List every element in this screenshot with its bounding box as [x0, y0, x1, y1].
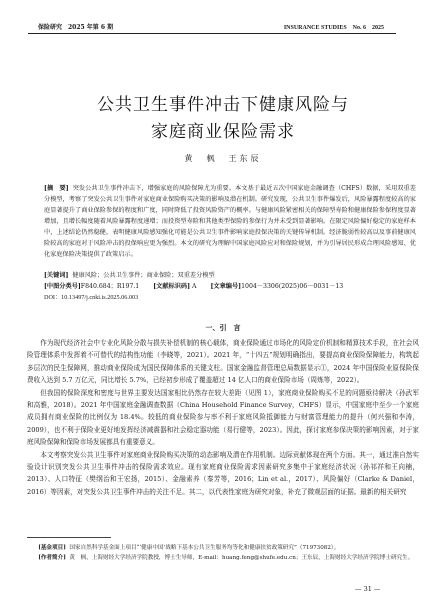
abstract-label: [摘 要]	[44, 185, 69, 192]
running-header: 保险研究 2025 年第 6 期 INSURANCE STUDIES No. 6…	[28, 20, 396, 34]
doc-code-value: A	[192, 283, 196, 290]
body-text: 作为现代经济社会中专业化风险分散与损失补偿机制的核心载体，商业保险通过市场化的风…	[27, 337, 419, 498]
fund-label: [基金项目]	[38, 545, 66, 551]
article-no-label: [文章编号]	[210, 283, 241, 290]
clc-label: [中图分类号]	[44, 283, 81, 290]
article-title-line-1: 公共卫生事件冲击下健康风险与	[0, 90, 446, 115]
footnotes: [基金项目] 国家自然科学基金面上项目“‘健康中国’战略下基本公共卫生服务均等化…	[27, 543, 419, 563]
journal-name-en: INSURANCE STUDIES No. 6 2025	[284, 22, 384, 31]
author-text: 黄 枫，上海财经大学经济学院教授，博士生导师，E-mail：huang.feng…	[69, 555, 413, 561]
clc-value: F840.684；R197.1	[81, 283, 139, 290]
keywords-label: [关键词]	[44, 272, 68, 279]
author-note: [作者简介] 黄 枫，上海财经大学经济学院教授，博士生导师，E-mail：hua…	[27, 553, 419, 563]
fund-note: [基金项目] 国家自然科学基金面上项目“‘健康中国’战略下基本公共卫生服务均等化…	[27, 543, 419, 553]
abstract: [摘 要] 突发公共卫生事件冲击下，增强家庭的风险保障尤为重要。本文基于最近五次…	[44, 183, 416, 260]
fund-text: 国家自然科学基金面上项目“‘健康中国’战略下基本公共卫生服务均等化和健康扶贫政策…	[69, 545, 339, 551]
journal-name-cn: 保险研究 2025 年第 6 期	[38, 22, 113, 31]
paragraph: 本文考察突发公共卫生事件对家庭商业保险购买决策的动态影响及潜在作用机制。边际贡献…	[27, 449, 419, 499]
page-number: — 31 —	[355, 585, 380, 593]
section-heading-introduction: 一、引 言	[0, 323, 446, 333]
article-no-value: 1004－3306(2025)06－0031－13	[241, 283, 343, 290]
paragraph: 作为现代经济社会中专业化风险分散与损失补偿机制的核心载体，商业保险通过市场化的风…	[27, 337, 419, 387]
article-title-line-2: 家庭商业保险需求	[0, 117, 446, 142]
paragraph: 但我国的保险深度和密度与世界主要发达国家相比仍然存在较大差距（见图 1），家庭商…	[27, 387, 419, 449]
authors: 黄 枫 王东辰	[0, 153, 446, 164]
doc-code-label: [文献标识码]	[153, 283, 190, 290]
author-label: [作者简介]	[38, 555, 66, 561]
footnote-divider	[27, 537, 111, 538]
abstract-text: 突发公共卫生事件冲击下，增强家庭的风险保障尤为重要。本文基于最近五次中国家庭金融…	[44, 185, 416, 258]
keywords-text: 健康风险；公共卫生事件；商业保险；双重差分模型	[72, 272, 214, 279]
doi[interactable]: DOI：10.13497/j.cnki.is.2025.06.003	[44, 292, 416, 303]
keywords: [关键词] 健康风险；公共卫生事件；商业保险；双重差分模型	[44, 270, 416, 281]
classification: [中图分类号]F840.684；R197.1[文献标识码] A[文章编号]100…	[44, 281, 416, 292]
